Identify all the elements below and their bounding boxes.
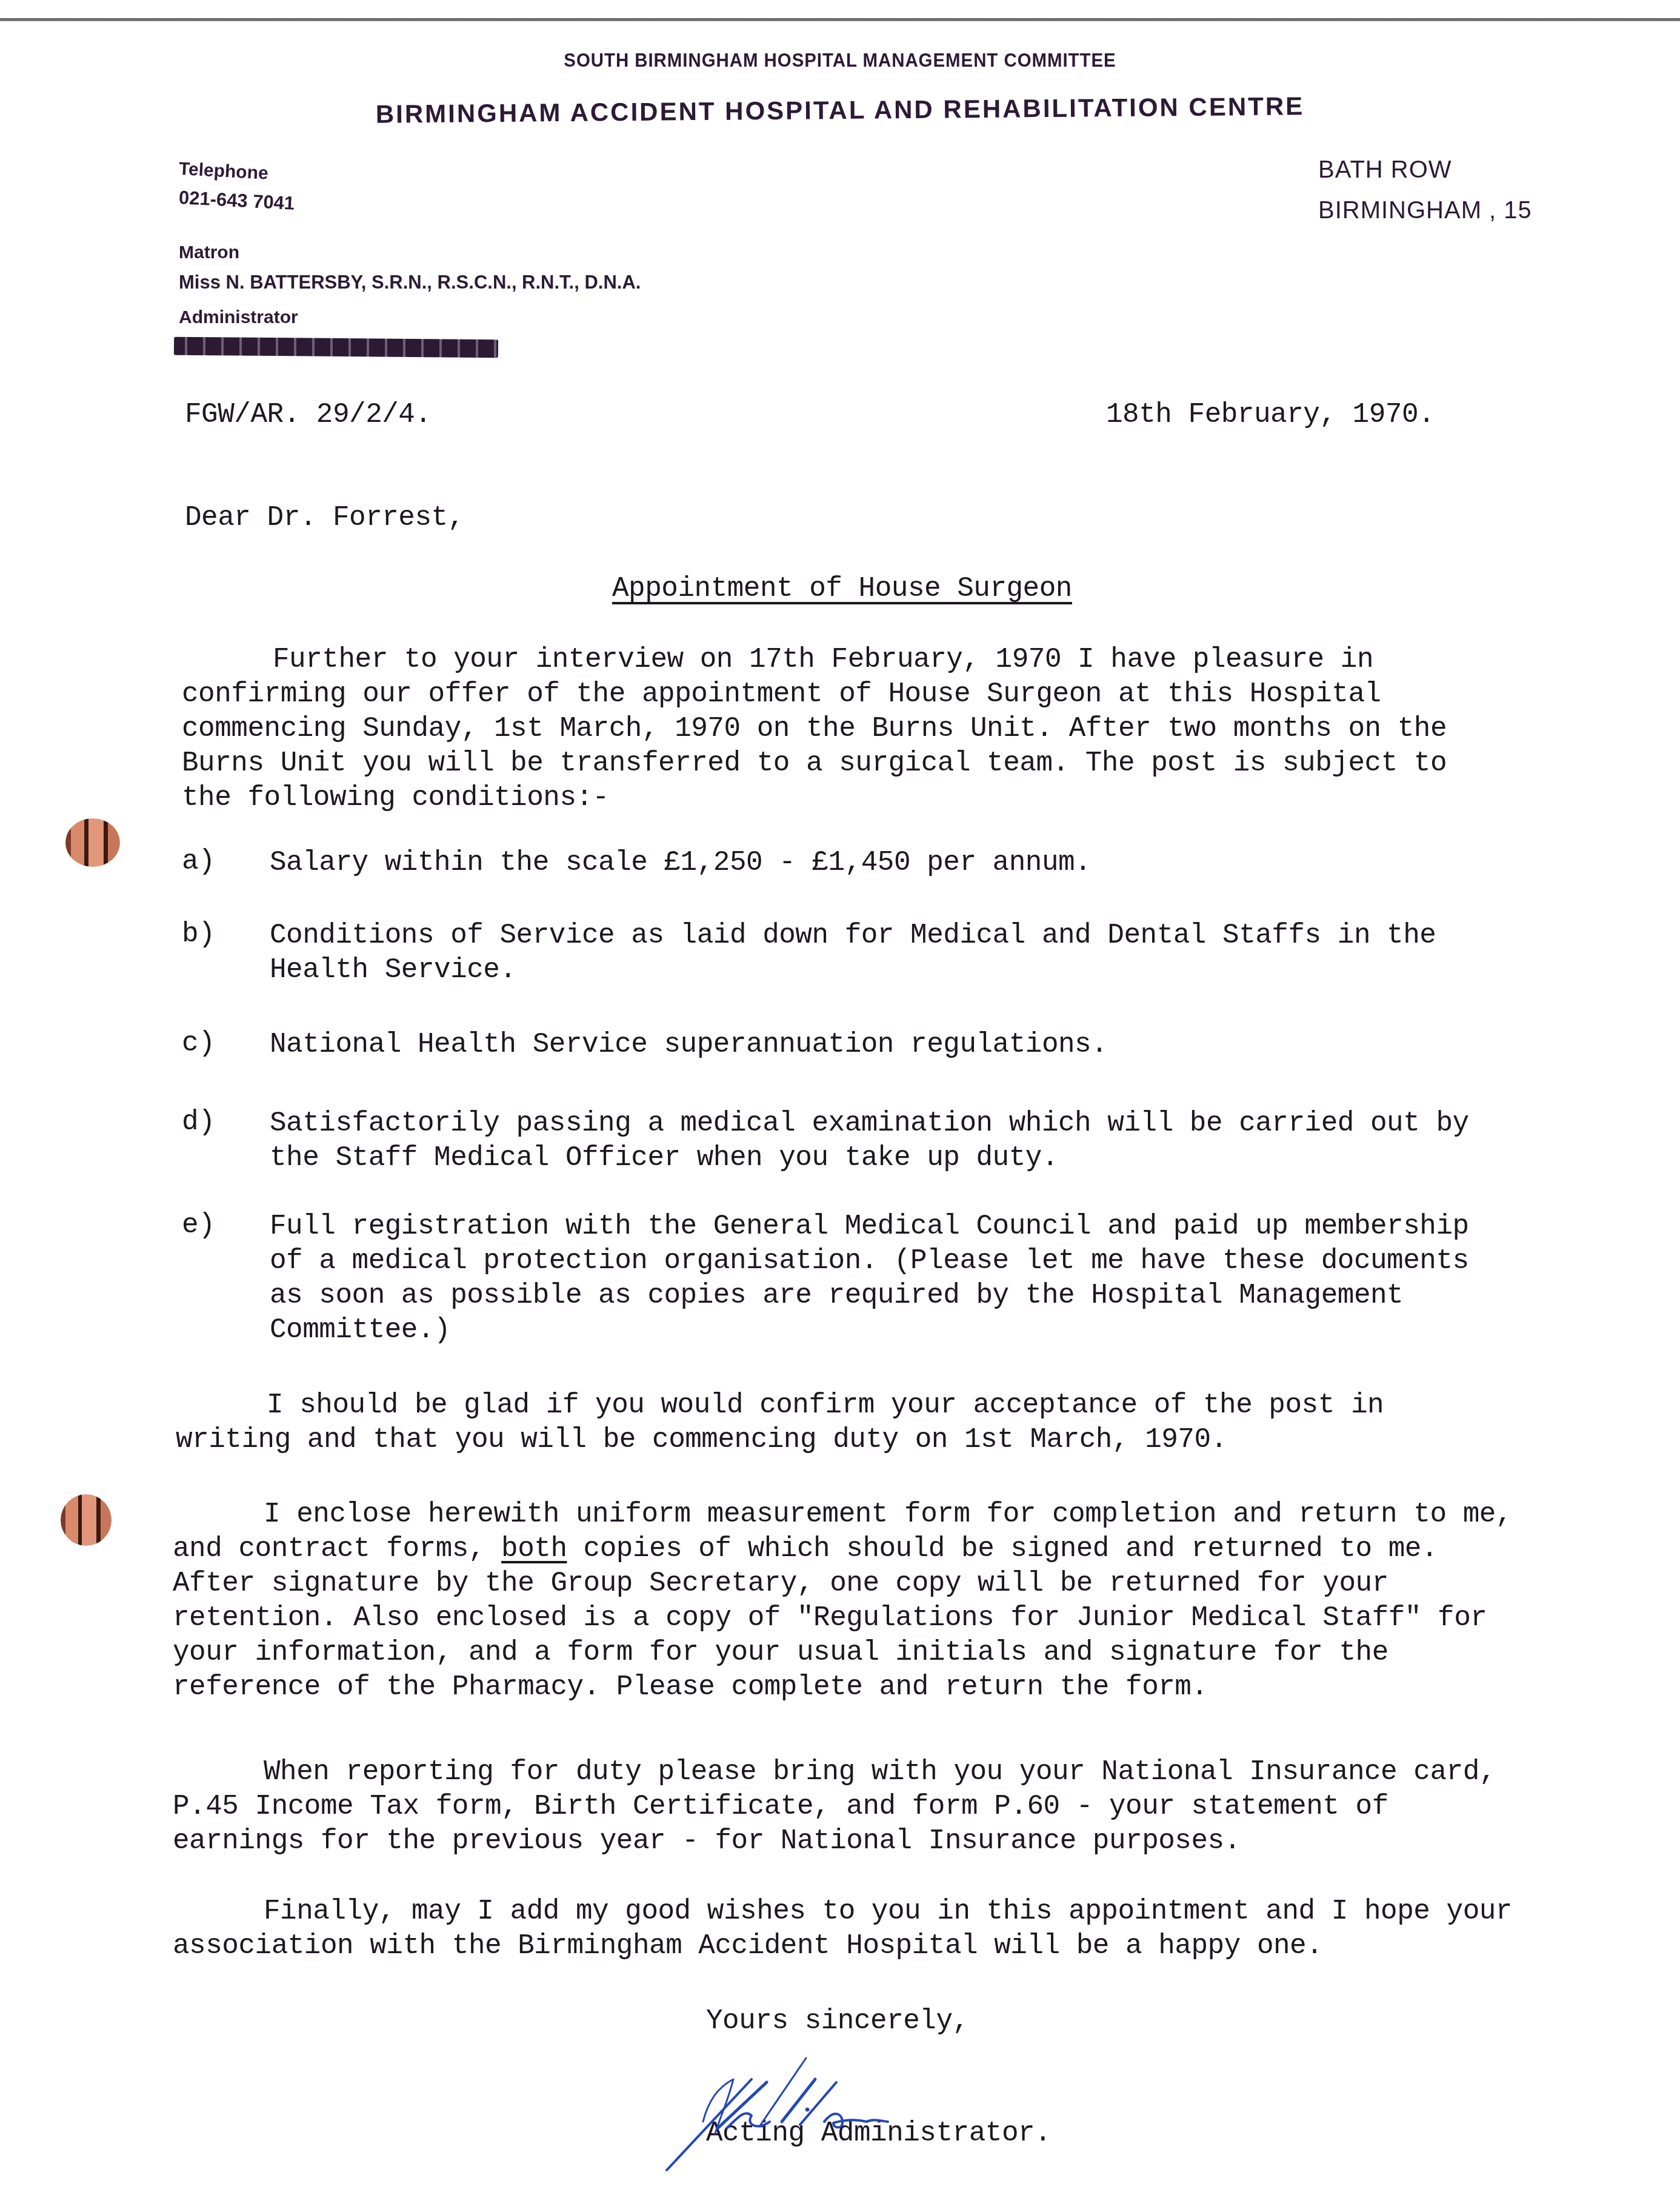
- subject-heading: Appointment of House Surgeon: [612, 571, 1072, 606]
- closing: Yours sincerely,: [706, 2003, 969, 2039]
- telephone-label: Telephone: [178, 159, 268, 184]
- hospital-name: BIRMINGHAM ACCIDENT HOSPITAL AND REHABIL…: [0, 89, 1680, 132]
- condition-text: Salary within the scale £1,250 - £1,450 …: [270, 846, 1512, 880]
- administrator-name-struck-out: [174, 337, 498, 358]
- paragraph-documents-to-bring: When reporting for duty please bring wit…: [173, 1755, 1524, 1859]
- condition-letter: c): [182, 1027, 215, 1059]
- matron-label: Matron: [179, 242, 239, 263]
- condition-letter: b): [182, 918, 215, 950]
- paragraph-confirm-acceptance: I should be glad if you would confirm yo…: [176, 1388, 1497, 1457]
- reference-number: FGW/AR. 29/2/4.: [185, 397, 432, 432]
- telephone-number: 021-643 7041: [178, 187, 295, 215]
- condition-text: National Health Service superannuation r…: [270, 1027, 1512, 1062]
- address-line-2: BIRMINGHAM , 15: [1318, 197, 1532, 224]
- paragraph-intro: Further to your interview on 17th Februa…: [182, 643, 1503, 815]
- punch-hole: [61, 1494, 112, 1546]
- condition-letter: a): [182, 846, 215, 877]
- paragraph-enclosures: I enclose herewith uniform measurement f…: [173, 1497, 1524, 1705]
- committee-name: SOUTH BIRMINGHAM HOSPITAL MANAGEMENT COM…: [42, 50, 1638, 72]
- matron-name: Miss N. BATTERSBY, S.R.N., R.S.C.N., R.N…: [179, 272, 641, 293]
- condition-letter: d): [182, 1106, 215, 1138]
- salutation: Dear Dr. Forrest,: [185, 500, 464, 535]
- punch-hole: [65, 818, 120, 867]
- condition-text: Conditions of Service as laid down for M…: [270, 918, 1512, 987]
- page-top-border: [0, 18, 1680, 21]
- underlined-word: both: [501, 1533, 567, 1565]
- condition-text: Full registration with the General Medic…: [270, 1209, 1512, 1348]
- address-line-1: BATH ROW: [1318, 156, 1452, 184]
- paragraph-good-wishes: Finally, may I add my good wishes to you…: [173, 1894, 1524, 1963]
- administrator-label: Administrator: [179, 307, 298, 328]
- letter-date: 18th February, 1970.: [1106, 397, 1435, 432]
- handwritten-signature: [661, 2055, 939, 2176]
- condition-letter: e): [182, 1209, 215, 1241]
- condition-text: Satisfactorily passing a medical examina…: [270, 1106, 1512, 1175]
